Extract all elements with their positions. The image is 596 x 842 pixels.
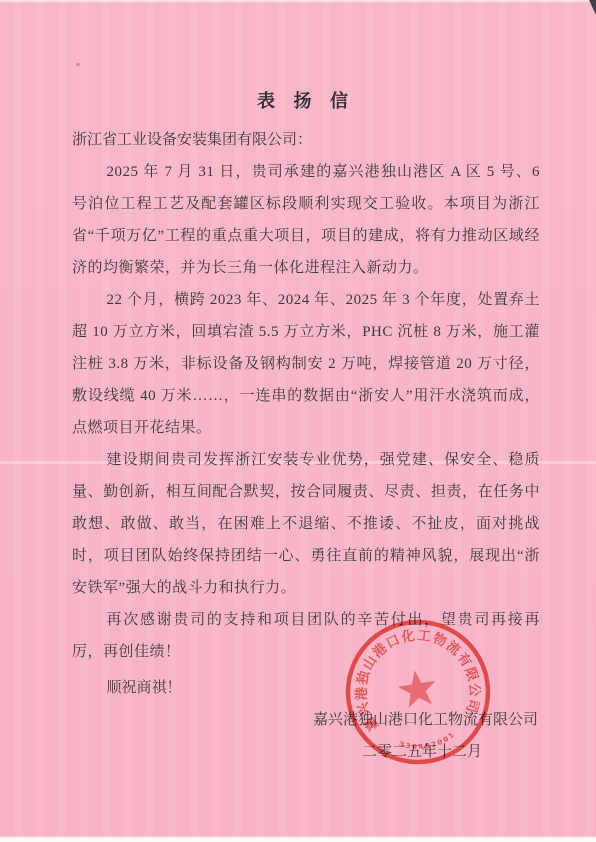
paragraph-project-statistics: 22 个月，横跨 2023 年、2024 年、2025 年 3 个年度，处置弃土… — [72, 284, 540, 444]
company-seal-stamp: 嘉兴港独山港口化工物流有限公司 3304820011985 — [338, 612, 498, 772]
salutation: 浙江省工业设备安装集团有限公司： — [72, 124, 540, 156]
page-title: 表 扬 信 — [72, 88, 540, 114]
letter-content: 表 扬 信 浙江省工业设备安装集团有限公司： 2025 年 7 月 31 日，贵… — [0, 0, 596, 768]
letter-page: 表 扬 信 浙江省工业设备安装集团有限公司： 2025 年 7 月 31 日，贵… — [0, 0, 596, 842]
paragraph-project-acceptance: 2025 年 7 月 31 日，贵司承建的嘉兴港独山港区 A 区 5 号、6 号… — [72, 156, 540, 284]
paragraph-team-praise: 建设期间贵司发挥浙江安装专业优势，强党建、保安全、稳质量、勤创新，相互间配合默契… — [72, 444, 540, 604]
star-icon — [396, 667, 439, 709]
